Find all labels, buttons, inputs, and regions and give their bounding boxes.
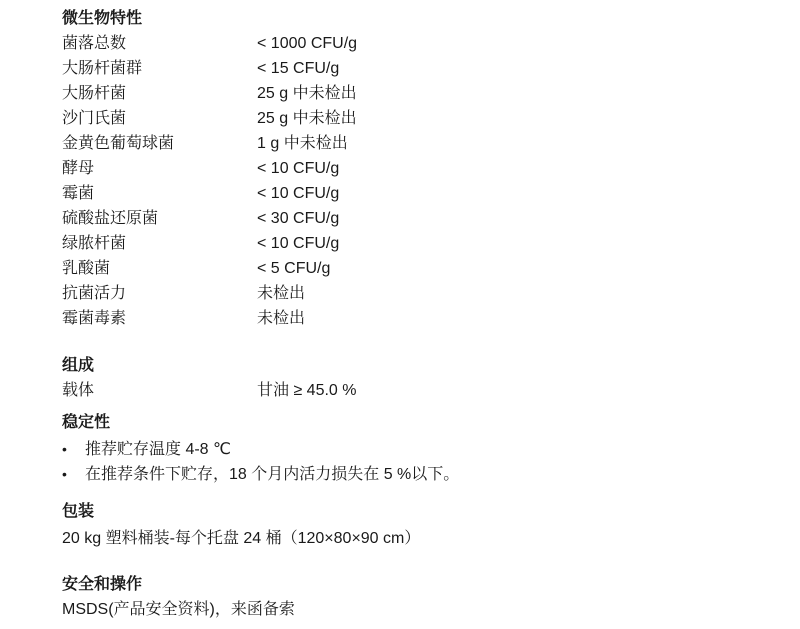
bullet-icon: • — [62, 462, 85, 487]
spec-label: 硫酸盐还原菌 — [62, 206, 257, 231]
bullet-text: 推荐贮存温度 4-8 ℃ — [85, 437, 231, 462]
table-row: 霉菌毒素 未检出 — [62, 306, 760, 331]
table-row: 金黄色葡萄球菌 1 g 中未检出 — [62, 131, 760, 156]
table-row: 霉菌 < 10 CFU/g — [62, 181, 760, 206]
section-microbiological: 微生物特性 菌落总数 < 1000 CFU/g 大肠杆菌群 < 15 CFU/g… — [62, 6, 760, 331]
spec-label: 霉菌毒素 — [62, 306, 257, 331]
section-packaging: 包装 20 kg 塑料桶装-每个托盘 24 桶（120×80×90 cm） — [62, 499, 760, 551]
spec-value: 未检出 — [257, 306, 760, 331]
spec-value: 甘油 ≥ 45.0 % — [257, 378, 760, 403]
spec-value: 25 g 中未检出 — [257, 106, 760, 131]
spec-value: 未检出 — [257, 281, 760, 306]
spec-value: < 1000 CFU/g — [257, 31, 760, 56]
spec-value: < 10 CFU/g — [257, 231, 760, 256]
table-row: 绿脓杆菌 < 10 CFU/g — [62, 231, 760, 256]
spec-label: 金黄色葡萄球菌 — [62, 131, 257, 156]
section-safety: 安全和操作 MSDS(产品安全资料)，来函备索 — [62, 572, 760, 622]
spec-label: 绿脓杆菌 — [62, 231, 257, 256]
section-title-microbiological: 微生物特性 — [62, 6, 760, 31]
spec-document-page: 微生物特性 菌落总数 < 1000 CFU/g 大肠杆菌群 < 15 CFU/g… — [0, 0, 800, 629]
spec-label: 大肠杆菌群 — [62, 56, 257, 81]
spec-value: 1 g 中未检出 — [257, 131, 760, 156]
table-row: 大肠杆菌群 < 15 CFU/g — [62, 56, 760, 81]
table-row: 菌落总数 < 1000 CFU/g — [62, 31, 760, 56]
table-row: 沙门氏菌 25 g 中未检出 — [62, 106, 760, 131]
packaging-text: 20 kg 塑料桶装-每个托盘 24 桶（120×80×90 cm） — [62, 526, 760, 551]
table-row: 抗菌活力 未检出 — [62, 281, 760, 306]
spec-value: < 5 CFU/g — [257, 256, 760, 281]
bullet-text: 在推荐条件下贮存，18 个月内活力损失在 5 %以下。 — [85, 462, 459, 487]
spec-label: 霉菌 — [62, 181, 257, 206]
table-row: 酵母 < 10 CFU/g — [62, 156, 760, 181]
section-composition: 组成 载体 甘油 ≥ 45.0 % — [62, 353, 760, 403]
section-title-stability: 稳定性 — [62, 410, 760, 435]
safety-text: MSDS(产品安全资料)，来函备索 — [62, 597, 760, 622]
list-item: • 推荐贮存温度 4-8 ℃ — [62, 437, 760, 462]
stability-bullet-list: • 推荐贮存温度 4-8 ℃ • 在推荐条件下贮存，18 个月内活力损失在 5 … — [62, 437, 760, 487]
spec-label: 载体 — [62, 378, 257, 403]
bullet-icon: • — [62, 437, 85, 462]
table-row: 载体 甘油 ≥ 45.0 % — [62, 378, 760, 403]
table-row: 硫酸盐还原菌 < 30 CFU/g — [62, 206, 760, 231]
list-item: • 在推荐条件下贮存，18 个月内活力损失在 5 %以下。 — [62, 462, 760, 487]
section-stability: 稳定性 • 推荐贮存温度 4-8 ℃ • 在推荐条件下贮存，18 个月内活力损失… — [62, 410, 760, 487]
spec-value: < 30 CFU/g — [257, 206, 760, 231]
section-title-packaging: 包装 — [62, 499, 760, 524]
spec-label: 抗菌活力 — [62, 281, 257, 306]
spec-label: 沙门氏菌 — [62, 106, 257, 131]
spec-label: 酵母 — [62, 156, 257, 181]
spec-label: 乳酸菌 — [62, 256, 257, 281]
spec-value: < 15 CFU/g — [257, 56, 760, 81]
spec-value: < 10 CFU/g — [257, 181, 760, 206]
section-title-safety: 安全和操作 — [62, 572, 760, 597]
spec-value: < 10 CFU/g — [257, 156, 760, 181]
spec-value: 25 g 中未检出 — [257, 81, 760, 106]
table-row: 乳酸菌 < 5 CFU/g — [62, 256, 760, 281]
section-title-composition: 组成 — [62, 353, 760, 378]
spec-label: 菌落总数 — [62, 31, 257, 56]
table-row: 大肠杆菌 25 g 中未检出 — [62, 81, 760, 106]
spec-label: 大肠杆菌 — [62, 81, 257, 106]
